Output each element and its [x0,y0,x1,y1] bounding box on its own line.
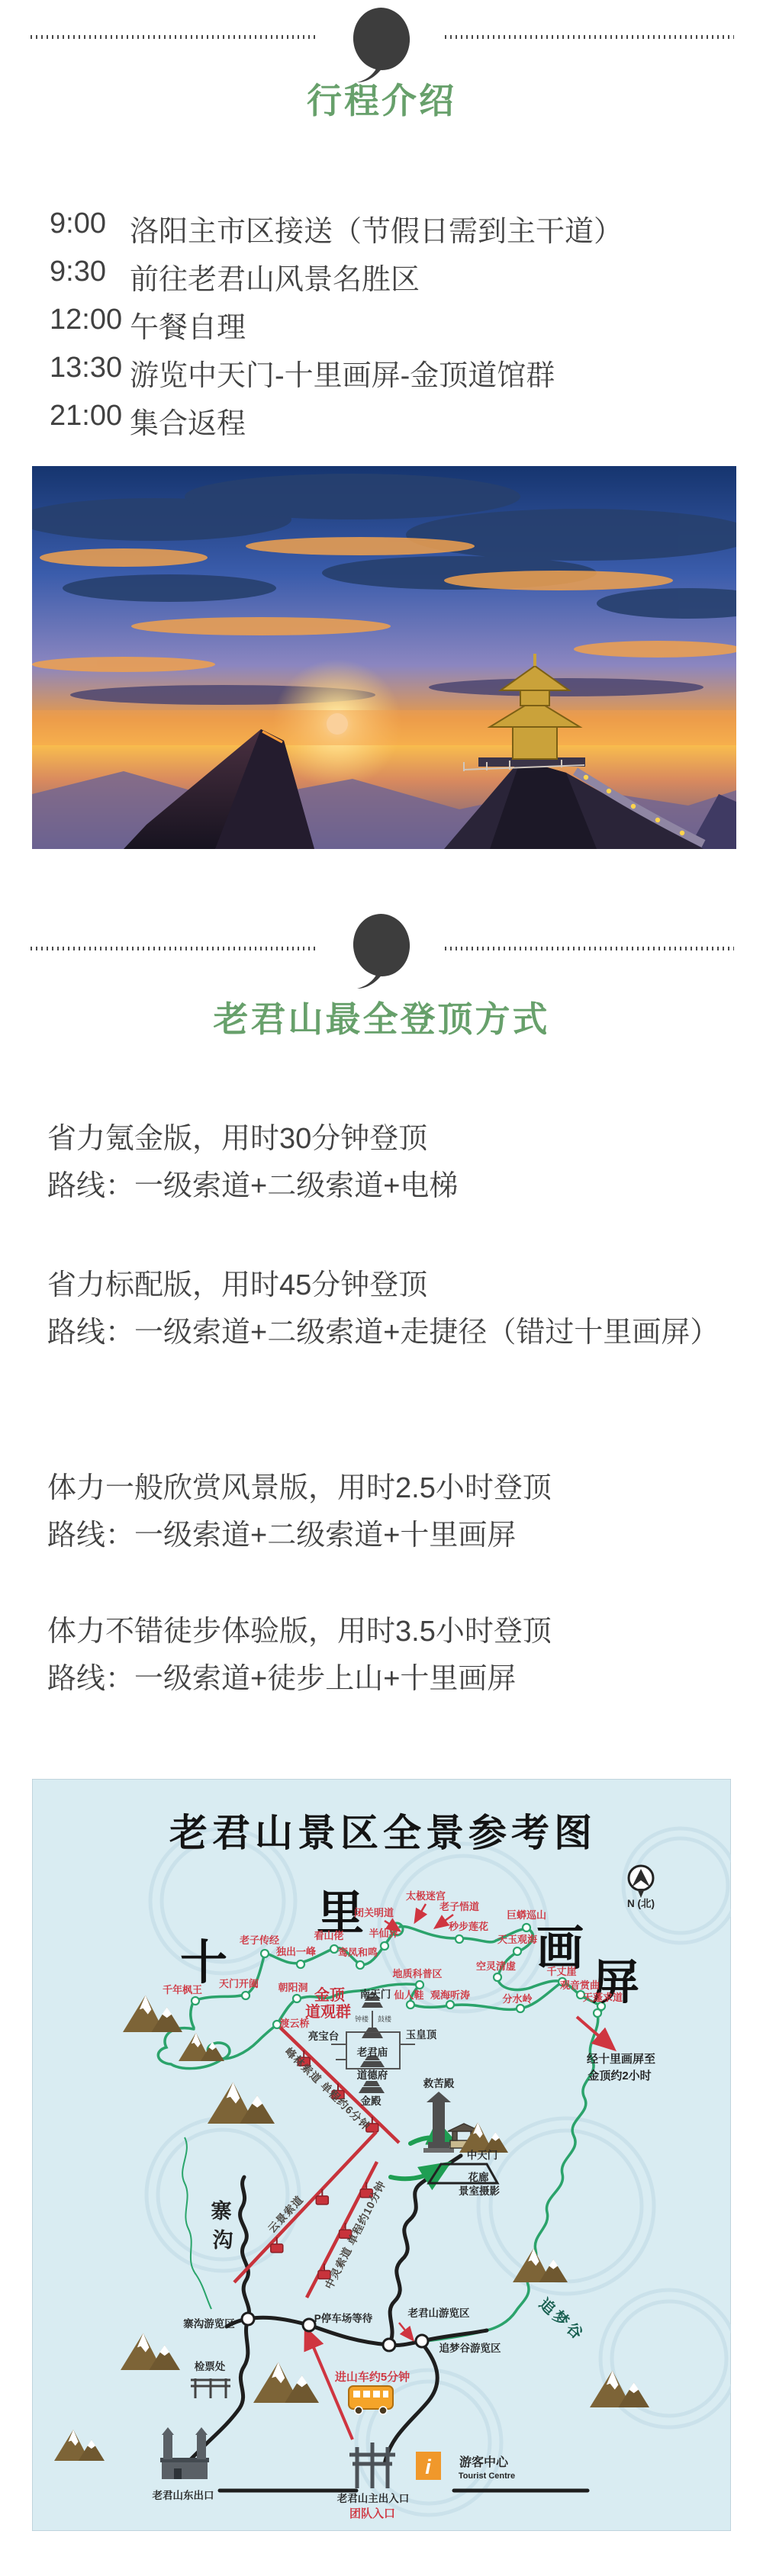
route-node [407,2001,414,2008]
route-node [523,1924,530,1931]
scenic-area-map: 老君山景区全景参考图 [32,1779,731,2531]
route-node [446,2001,454,2008]
map-label: 老君山东出口 [153,2489,214,2501]
map-label: 中天门 [467,2149,498,2161]
map-label: 南天门 [360,1988,391,2000]
road-node [303,2319,315,2331]
map-label: 金顶 [314,1986,346,2004]
map-label: 地质科普区 [392,1968,442,1979]
dotted-divider-right2 [445,947,734,950]
map-label: 道观群 [305,2002,351,2021]
map-label: 观海听涛 [430,1989,470,2001]
map-label: 追梦谷游览区 [439,2342,501,2354]
map-label: 金殿 [361,2095,381,2107]
route-option: 体力一般欣赏风景版，用时2.5小时登顶路线：一级索道+二级索道+十里画屏 [47,1465,719,1559]
map-label: 团队入口 [349,2507,395,2520]
map-label: 亮宝台 [308,2030,340,2042]
map-label: 天门开阖 [219,1978,259,1989]
map-label: P停车场等待 [314,2312,373,2324]
map-label: 检票处 [195,2360,226,2372]
route-node [192,1997,199,2005]
route-node [416,1981,423,1989]
route-node [356,1961,364,1969]
route-node [330,1945,338,1953]
map-label: 寨 [211,2199,232,2223]
option-heading: 体力不错徒步体验版，用时3.5小时登顶 [47,1608,719,1655]
map-label: 半仙界 [369,1928,398,1939]
dotted-divider-left [31,35,319,39]
schedule-desc: 集合返程 [130,400,246,442]
section2-title: 老君山最全登顶方式 [0,992,763,1042]
option-route: 路线：一级索道+徒步上山+十里画屏 [47,1655,719,1703]
schedule-row: 21:00集合返程 [0,400,763,448]
schedule-time: 13:30 [50,352,122,384]
section1-title: 行程介绍 [0,73,763,124]
schedule-row: 9:00洛阳主市区接送（节假日需到主干道） [0,207,763,256]
map-label: N (北) [627,1898,655,1909]
map-label: 看山佬 [314,1930,343,1941]
map-label: 老君山主出入口 [337,2492,410,2504]
map-label: 空灵清虚 [476,1960,516,1972]
schedule-time: 21:00 [50,400,122,433]
map-label: 天玉观海 [497,1934,538,1945]
map-label: 太极迷宫 [406,1890,446,1902]
schedule-row: 13:30游览中天门-十里画屏-金顶道馆群 [0,352,763,400]
map-label: 天蓬求道 [583,1992,623,2003]
map-label: 鸾凤和鸣 [338,1947,378,1958]
map-label: 仙人鞋 [393,1989,423,2001]
map-label: 道德府 [357,2069,388,2081]
map-label: 独出一峰 [275,1946,316,1957]
route-node [513,1947,521,1955]
map-label: 分水岭 [502,1993,532,2005]
route-node [293,1995,301,2002]
route-option: 省力标配版，用时45分钟登顶路线：一级索道+二级索道+走捷径（错过十里画屏） [47,1262,719,1356]
route-option: 体力不错徒步体验版，用时3.5小时登顶路线：一级索道+徒步上山+十里画屏 [47,1608,719,1703]
road-node [242,2313,254,2325]
speech-bubble-icon [340,0,423,82]
route-node [242,1992,250,1999]
schedule-time: 12:00 [50,304,122,336]
road-node [383,2339,395,2351]
option-route: 路线：一级索道+二级索道+十里画屏 [47,1512,719,1559]
map-label: 观音赏曲 [560,1979,600,1991]
schedule-desc: 前往老君山风景名胜区 [130,256,420,297]
map-label: 游客中心 [459,2455,509,2469]
map-label: 秒步莲花 [448,1921,488,1932]
map-label: 沟 [213,2229,233,2252]
map-label: 朝阳洞 [278,1982,307,1993]
schedule-time: 9:30 [50,256,106,288]
main-entrance-gate [349,2443,395,2488]
map-label: 老子传经 [239,1934,279,1946]
schedule-row: 12:00午餐自理 [0,304,763,352]
route-node [381,1942,388,1950]
schedule-desc: 游览中天门-十里画屏-金顶道馆群 [130,352,555,394]
map-label: 闭关明道 [354,1907,394,1918]
map-label: 千年枫王 [163,1984,202,1996]
option-heading: 省力标配版，用时45分钟登顶 [47,1262,719,1309]
tourist-centre-icon: i [416,2452,441,2480]
schedule-time: 9:00 [50,207,106,240]
map-label: 景室摄影 [459,2185,500,2197]
route-node [261,1950,269,1957]
summit-photo [32,466,736,849]
map-title: 老君山景区全景参考图 [169,1812,597,1854]
schedule-desc: 午餐自理 [130,304,246,346]
route-option: 省力氪金版，用时30分钟登顶路线：一级索道+二级索道+电梯 [47,1115,719,1210]
map-label: 寨沟游览区 [183,2317,235,2330]
route-node [494,1973,501,1981]
option-route: 路线：一级索道+二级索道+电梯 [47,1163,719,1210]
map-label: 经十里画屏至 [587,2052,655,2066]
schedule-desc: 洛阳主市区接送（节假日需到主干道） [130,207,623,249]
map-label: 千丈崖 [546,1966,576,1977]
svg-text:i: i [425,2455,431,2478]
speech-bubble-icon2 [340,903,423,989]
map-label: Tourist Centre [459,2471,515,2481]
option-heading: 体力一般欣赏风景版，用时2.5小时登顶 [47,1465,719,1512]
route-node [594,2009,601,2017]
map-label: 救苦殿 [423,2077,455,2089]
dotted-divider-right [445,35,734,39]
map-label: 玉皇顶 [406,2028,437,2041]
schedule-row: 9:30前往老君山风景名胜区 [0,256,763,304]
map-label: 鼓楼 [378,2015,392,2023]
schedule-list: 9:00洛阳主市区接送（节假日需到主干道）9:30前往老君山风景名胜区12:00… [0,207,763,448]
road-node [416,2335,428,2347]
option-route: 路线：一级索道+二级索道+走捷径（错过十里画屏） [47,1309,719,1356]
map-label: 巨蟒巡山 [507,1909,546,1921]
route-node [456,1935,463,1943]
map-label: 花廊 [468,2171,490,2183]
option-heading: 省力氪金版，用时30分钟登顶 [47,1115,719,1163]
map-label: 老君庙 [357,2046,388,2058]
route-node [297,1960,304,1968]
map-label: 老君山游览区 [408,2307,470,2319]
dotted-divider-left2 [31,947,319,950]
map-label: 老子悟道 [439,1901,479,1912]
map-label: 钟楼 [355,2015,369,2023]
map-label: 进山车约5分钟 [334,2370,410,2384]
map-label: 金顶约2小时 [588,2069,651,2082]
route-node [517,2005,524,2012]
